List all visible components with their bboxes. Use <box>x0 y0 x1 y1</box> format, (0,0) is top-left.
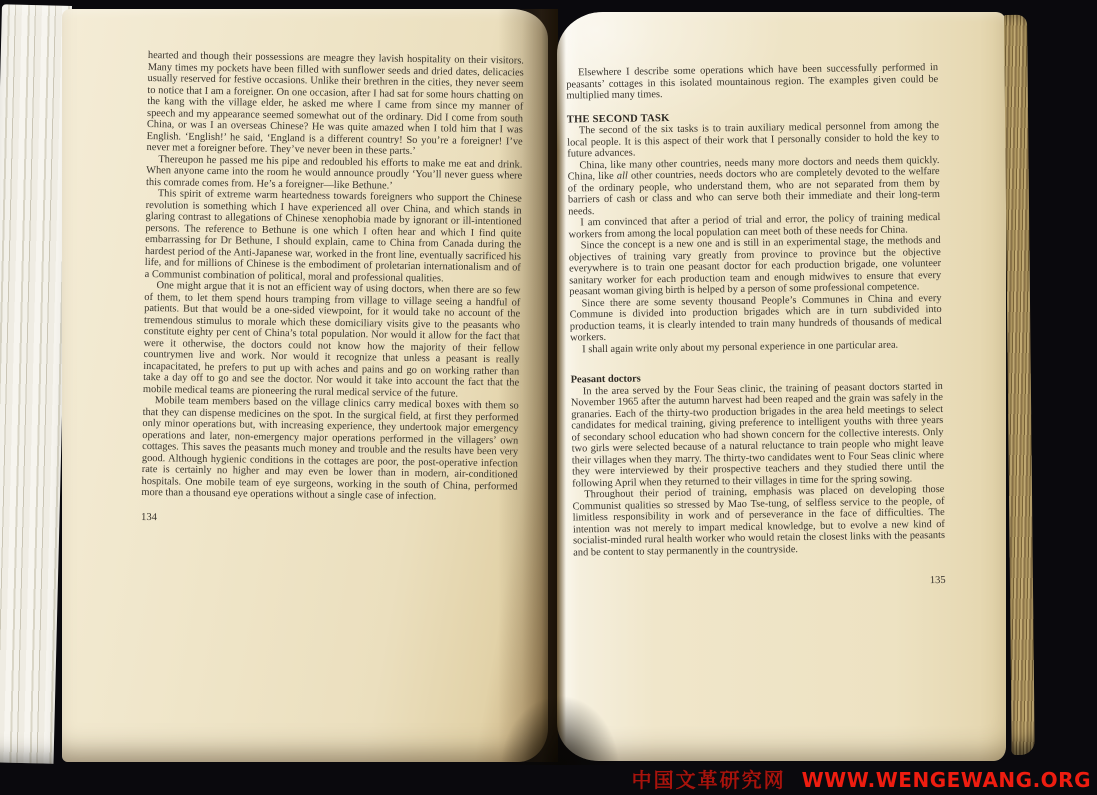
paragraph: Mobile team members based on the village… <box>141 395 518 504</box>
paragraph: The second of the six tasks is to train … <box>567 120 939 160</box>
right-page-text: Elsewhere I describe some operations whi… <box>566 62 945 558</box>
right-page-edge-stack <box>1004 15 1035 755</box>
paragraph: Since the concept is a new one and is st… <box>569 235 942 298</box>
paragraph: This spirit of extreme warm heartedness … <box>145 188 522 286</box>
watermark-chinese-site-name: 中国文革研究网 <box>632 768 786 792</box>
paragraph: One might argue that it is not an effici… <box>143 280 521 401</box>
paragraph: China, like many other countries, needs … <box>567 154 940 217</box>
watermark: 中国文革研究网WWW.WENGEWANG.ORG <box>632 764 1091 793</box>
paragraph: hearted and though their possessions are… <box>146 50 523 159</box>
paragraph: Throughout their period of training, emp… <box>572 484 945 559</box>
paragraph: In the area served by the Four Seas clin… <box>571 380 944 489</box>
book-photo: hearted and though their possessions are… <box>0 0 1097 795</box>
paragraph: Elsewhere I describe some operations whi… <box>566 62 938 102</box>
paragraph: Since there are some seventy thousand Pe… <box>569 292 942 344</box>
watermark-site-url: WWW.WENGEWANG.ORG <box>802 768 1091 792</box>
left-page-text: hearted and though their possessions are… <box>141 50 524 504</box>
right-page-content: Elsewhere I describe some operations whi… <box>566 62 946 591</box>
left-page-content: hearted and though their possessions are… <box>141 50 524 528</box>
paragraph: Thereupon he passed me his pipe and redo… <box>146 153 522 193</box>
